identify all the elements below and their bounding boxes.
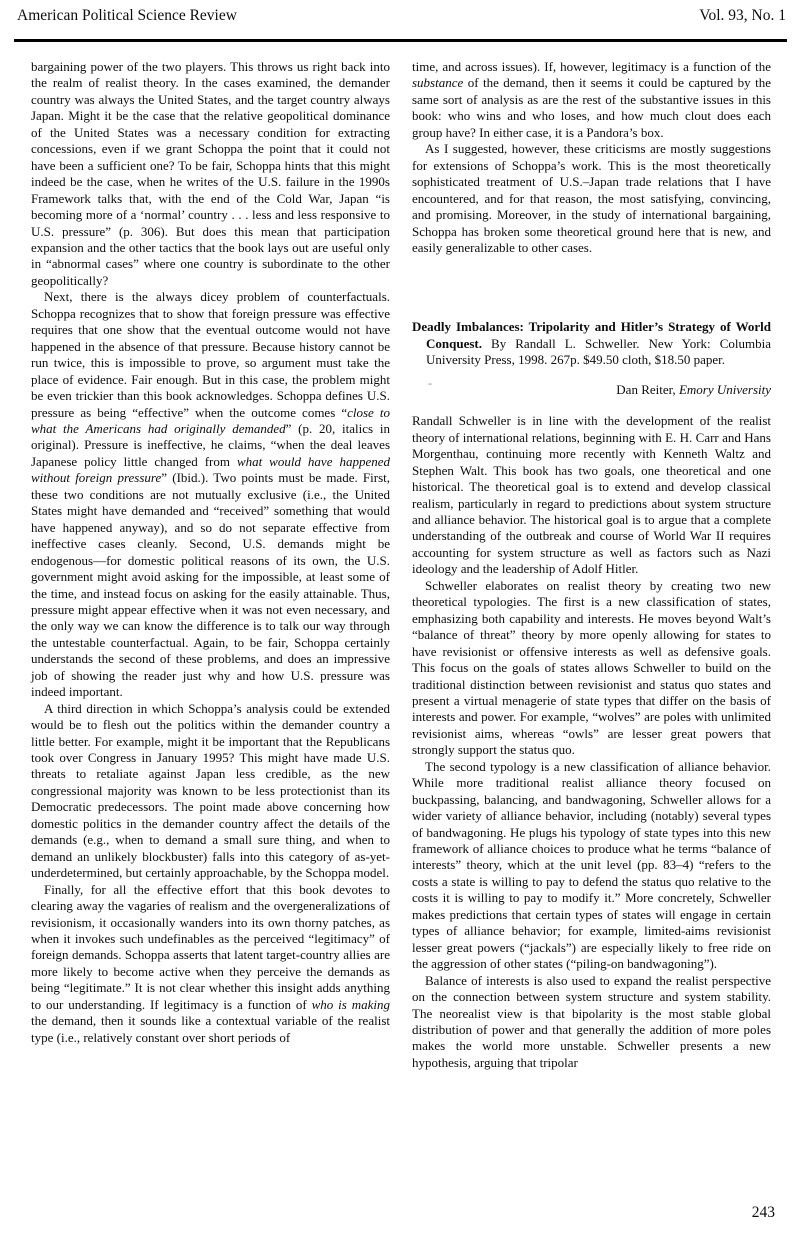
body-paragraph: Balance of interests is also used to exp… (412, 973, 771, 1072)
stray-scan-mark: - (428, 375, 432, 391)
two-column-body: bargaining power of the two players. Thi… (31, 59, 771, 1071)
body-paragraph: Randall Schweller is in line with the de… (412, 413, 771, 578)
volume-info: Vol. 93, No. 1 (699, 7, 786, 25)
journal-title: American Political Science Review (17, 7, 237, 25)
body-paragraph: As I suggested, however, these criticism… (412, 141, 771, 256)
book-review-heading: Deadly Imbalances: Tripolarity and Hitle… (412, 319, 771, 368)
reviewer-byline: - Dan Reiter, Emory University (412, 382, 771, 398)
header-rule (14, 39, 787, 42)
body-paragraph: The second typology is a new classificat… (412, 759, 771, 973)
body-paragraph: Next, there is the always dicey problem … (31, 289, 390, 700)
body-paragraph: A third direction in which Schoppa’s ana… (31, 701, 390, 882)
right-column: time, and across issues). If, however, l… (412, 59, 771, 1071)
left-column: bargaining power of the two players. Thi… (31, 59, 390, 1071)
running-head: American Political Science Review Vol. 9… (17, 7, 786, 25)
body-paragraph: time, and across issues). If, however, l… (412, 59, 771, 141)
body-paragraph: Schweller elaborates on realist theory b… (412, 578, 771, 759)
body-paragraph: bargaining power of the two players. Thi… (31, 59, 390, 289)
journal-page: American Political Science Review Vol. 9… (0, 0, 800, 1243)
reviewer-name: Dan Reiter, Emory University (616, 382, 771, 397)
body-paragraph: Finally, for all the effective effort th… (31, 882, 390, 1047)
page-number: 243 (752, 1204, 775, 1222)
